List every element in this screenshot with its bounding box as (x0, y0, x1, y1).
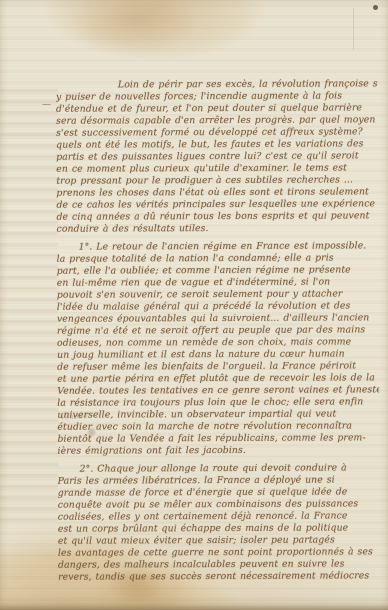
paragraph-1: Loin de périr par ses excès, la révoluti… (56, 78, 379, 235)
manuscript-text: Loin de périr par ses excès, la révoluti… (56, 78, 380, 589)
corner-ink-dot (373, 5, 378, 10)
paragraph-3: 2°. Chaque jour allonge la route qui dev… (58, 462, 381, 583)
manuscript-line: part, elle l'a oubliée; et comme l'ancie… (57, 264, 379, 277)
manuscript-line: ières émigrations ont fait les jacobins. (57, 444, 379, 457)
margin-dash-mark: — (42, 100, 51, 110)
paper-bottom-edge (0, 604, 388, 610)
manuscript-line: bientôt que la Vendée a fait les républi… (57, 432, 379, 445)
paragraph-2: 1°. Le retour de l'ancien régime en Fran… (57, 240, 380, 457)
manuscript-scan: — Vendée Loin de périr par ses excès, la… (0, 0, 388, 610)
manuscript-line: de cinq années a dû réunir tous les bons… (56, 210, 378, 223)
manuscript-line: conduire à des résultats utiles. (57, 222, 379, 235)
verso-showthrough-left-margin (0, 86, 58, 526)
manuscript-line: revers, tandis que ses succès seront néc… (58, 570, 380, 583)
paper-sheet: — Vendée Loin de périr par ses excès, la… (0, 0, 388, 610)
paper-crease (353, 8, 354, 50)
